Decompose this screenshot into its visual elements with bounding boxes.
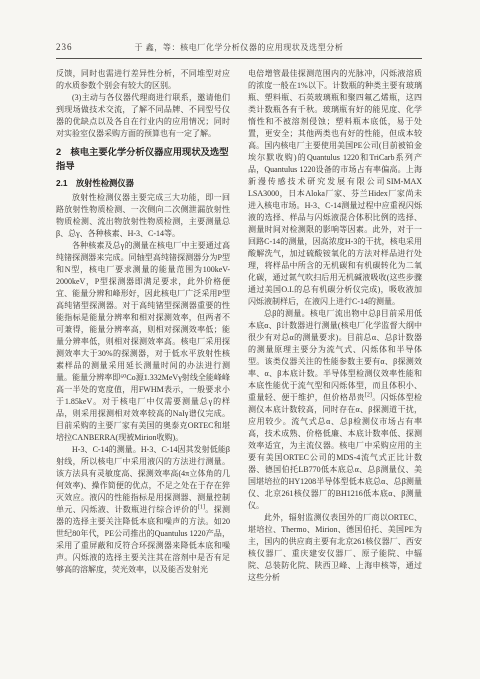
paragraph: 放射性检测仪器主要完成三大功能，即一回路放射性物质检测、一次侧向二次侧泄漏放射性…	[56, 192, 230, 240]
paragraph: 各种核素及总γ的测量在核电厂中主要通过高纯锗探测器来完成。同轴型高纯锗探测器分为…	[56, 240, 230, 444]
page-header: 236 于 鑫，等：核电厂化学分析仪器的应用现状及选型分析	[56, 42, 422, 59]
citation-reference: [1]	[198, 504, 205, 510]
left-column: 反馈，同时也需进行差异性分析，不同堆型对应的水质参数个别会有较大的区别。(3)主…	[56, 68, 230, 620]
paragraph: 此外，辐射监测仪表国外的厂商以ORTEC、堪培拉、Thermo、Mirion、德…	[248, 512, 422, 584]
paragraph: H-3、C-14的测量。H-3、C-14因其发射低能β射线，所以核电厂中采用液闪…	[56, 444, 230, 576]
paragraph: (3)主动与各仪器代理商进行联系，邀请他们到现场做技术交流，了解不同品牌、不同型…	[56, 92, 230, 140]
text-columns: 反馈，同时也需进行差异性分析，不同堆型对应的水质参数个别会有较大的区别。(3)主…	[56, 68, 422, 620]
paragraph: 总β的测量。核电厂流出物中总β目前采用低本底α、β计数器进行测量(核电厂化学监督…	[248, 308, 422, 512]
paragraph: 电倍增管最佳探测范围内的光脉冲，闪烁液溶质的浓度一般在1%以下。计数瓶的种类主要…	[248, 68, 422, 308]
paragraph: 反馈，同时也需进行差异性分析，不同堆型对应的水质参数个别会有较大的区别。	[56, 68, 230, 92]
subsection-heading: 2.1 放射性检测仪器	[56, 177, 230, 189]
section-heading: 2 核电主要化学分析仪器应用现状及选型指导	[56, 146, 230, 173]
citation-reference: [2]	[365, 392, 372, 398]
running-title: 于 鑫，等：核电厂化学分析仪器的应用现状及选型分析	[102, 42, 376, 53]
document-page: 236 于 鑫，等：核电厂化学分析仪器的应用现状及选型分析 反馈，同时也需进行差…	[0, 0, 480, 679]
page-number: 236	[56, 42, 102, 52]
right-column: 电倍增管最佳探测范围内的光脉冲，闪烁液溶质的浓度一般在1%以下。计数瓶的种类主要…	[248, 68, 422, 620]
